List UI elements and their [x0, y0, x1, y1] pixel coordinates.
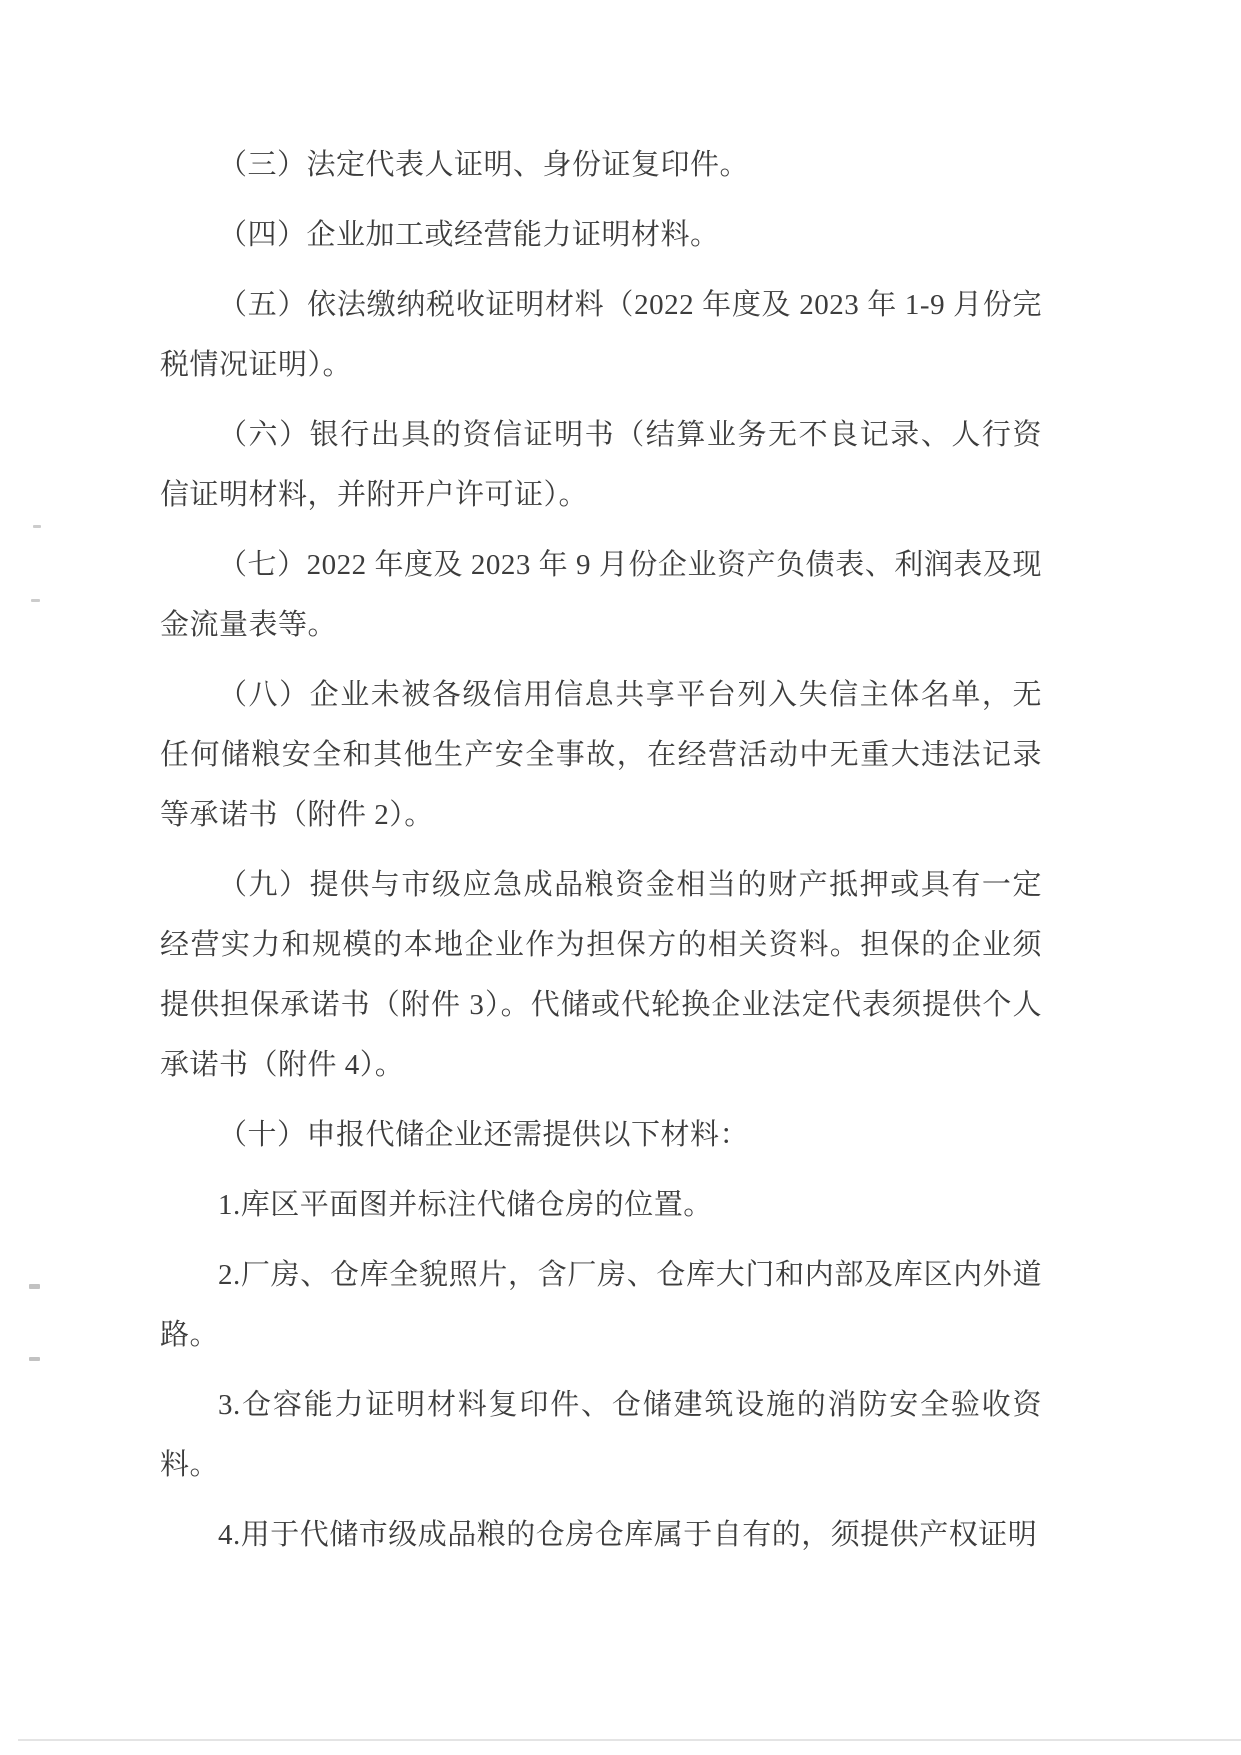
- paragraph-subitem-3: 3.仓容能力证明材料复印件、仓储建筑设施的消防安全验收资料。: [160, 1375, 1042, 1495]
- paragraph-subitem-4: 4.用于代储市级成品粮的仓房仓库属于自有的，须提供产权证明: [160, 1505, 1042, 1565]
- document-page: （三）法定代表人证明、身份证复印件。 （四）企业加工或经营能力证明材料。 （五）…: [0, 0, 1241, 1755]
- paragraph-item-10: （十）申报代储企业还需提供以下材料：: [160, 1105, 1042, 1165]
- paragraph-subitem-2: 2.厂房、仓库全貌照片，含厂房、仓库大门和内部及库区内外道路。: [160, 1245, 1042, 1365]
- scan-speck: [31, 599, 40, 602]
- paragraph-item-9: （九）提供与市级应急成品粮资金相当的财产抵押或具有一定经营实力和规模的本地企业作…: [160, 855, 1042, 1095]
- scan-speck: [29, 1284, 40, 1289]
- paragraph-item-7: （七）2022 年度及 2023 年 9 月份企业资产负债表、利润表及现金流量表…: [160, 535, 1042, 655]
- paragraph-item-5: （五）依法缴纳税收证明材料（2022 年度及 2023 年 1-9 月份完税情况…: [160, 275, 1042, 395]
- scan-speck: [29, 1357, 40, 1361]
- paragraph-subitem-1: 1.库区平面图并标注代储仓房的位置。: [160, 1175, 1042, 1235]
- paragraph-item-4: （四）企业加工或经营能力证明材料。: [160, 205, 1042, 265]
- page-bottom-edge: [18, 1739, 1241, 1741]
- paragraph-item-8: （八）企业未被各级信用信息共享平台列入失信主体名单，无任何储粮安全和其他生产安全…: [160, 665, 1042, 845]
- paragraph-item-3: （三）法定代表人证明、身份证复印件。: [160, 135, 1042, 195]
- paragraph-item-6: （六）银行出具的资信证明书（结算业务无不良记录、人行资信证明材料，并附开户许可证…: [160, 405, 1042, 525]
- scan-speck: [33, 525, 41, 528]
- document-body: （三）法定代表人证明、身份证复印件。 （四）企业加工或经营能力证明材料。 （五）…: [160, 135, 1042, 1575]
